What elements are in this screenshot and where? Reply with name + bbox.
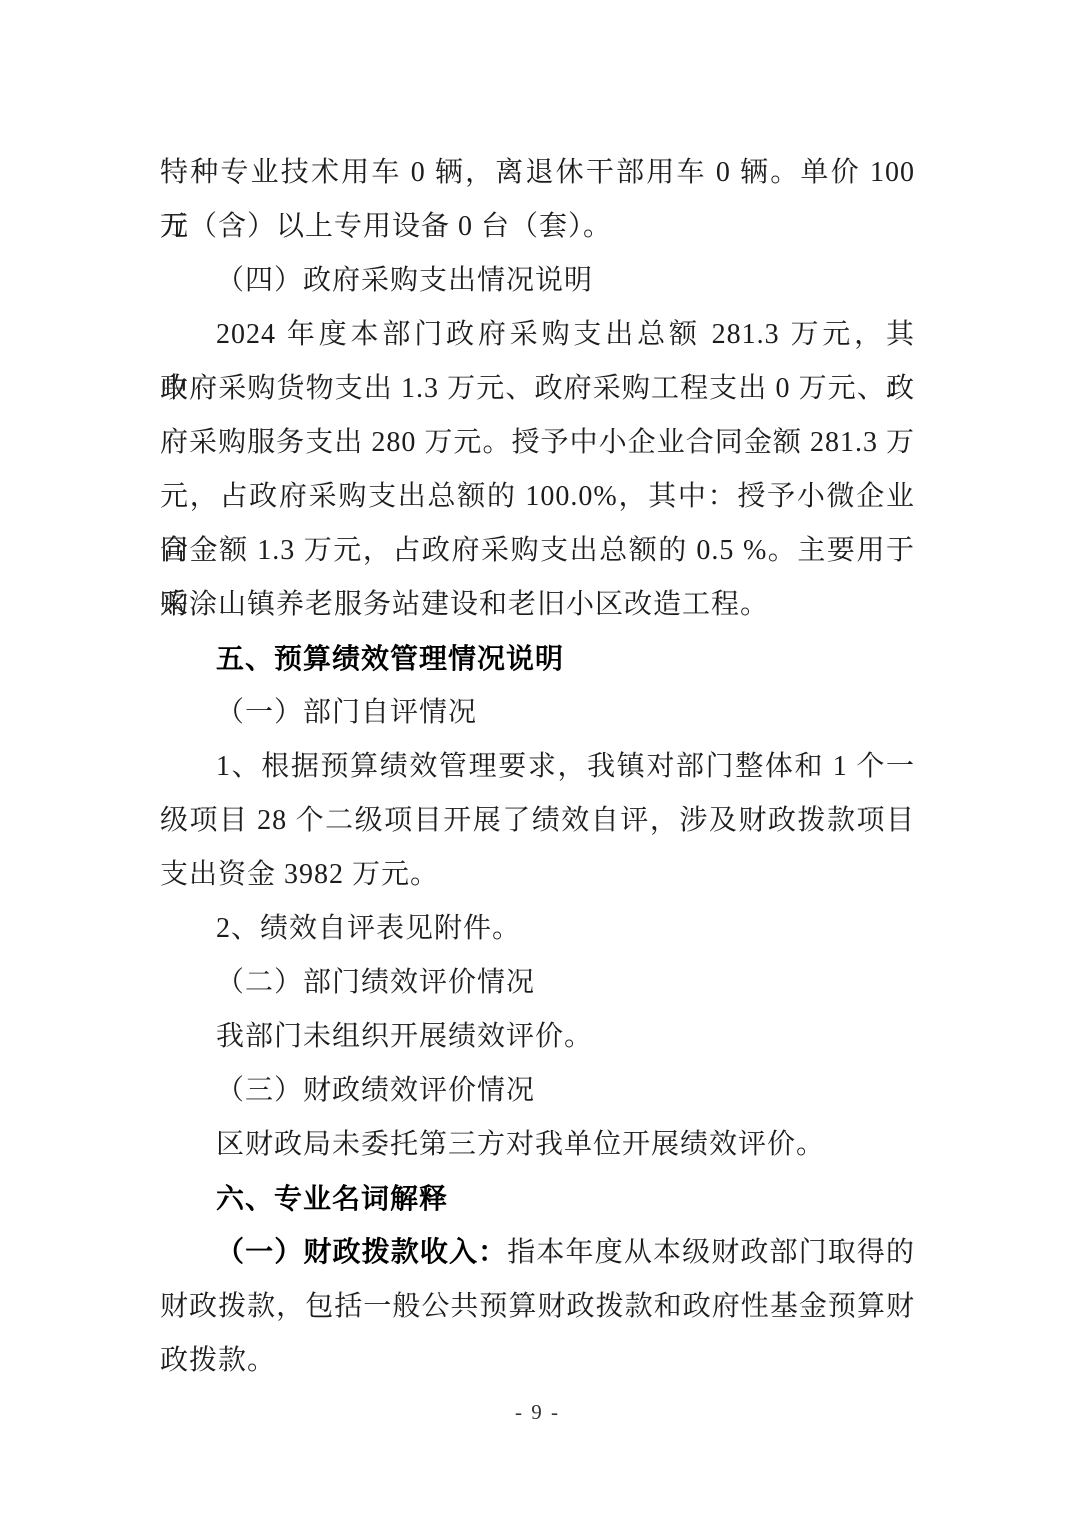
paragraph-line: 特种专业技术用车 0 辆，离退休干部用车 0 辆。单价 100 万: [160, 146, 915, 200]
paragraph-line: 政府采购货物支出 1.3 万元、政府采购工程支出 0 万元、政: [160, 362, 915, 416]
paragraph-line: 级项目 28 个二级项目开展了绩效自评，涉及财政拨款项目: [160, 794, 915, 848]
subsection-heading: （四）政府采购支出情况说明: [160, 254, 915, 308]
subsection-heading: （二）部门绩效评价情况: [160, 956, 915, 1010]
section-heading: 六、专业名词解释: [160, 1172, 915, 1226]
paragraph-line: 2024 年度本部门政府采购支出总额 281.3 万元，其中：: [160, 308, 915, 362]
paragraph-line: 元，占政府采购支出总额的 100.0%，其中：授予小微企业合: [160, 470, 915, 524]
paragraph-line: 区财政局未委托第三方对我单位开展绩效评价。: [160, 1118, 915, 1172]
paragraph-line: 我部门未组织开展绩效评价。: [160, 1010, 915, 1064]
subsection-heading: （一）部门自评情况: [160, 686, 915, 740]
paragraph-line: 购涂山镇养老服务站建设和老旧小区改造工程。: [160, 578, 915, 632]
paragraph-line: 2、绩效自评表见附件。: [160, 902, 915, 956]
paragraph-line: 政拨款。: [160, 1334, 915, 1388]
paragraph-line: 1、根据预算绩效管理要求，我镇对部门整体和 1 个一: [160, 740, 915, 794]
document-page: 特种专业技术用车 0 辆，离退休干部用车 0 辆。单价 100 万 元（含）以上…: [0, 0, 1075, 1520]
paragraph-line: 同金额 1.3 万元，占政府采购支出总额的 0.5 %。主要用于采: [160, 524, 915, 578]
paragraph-line: 支出资金 3982 万元。: [160, 848, 915, 902]
page-number: - 9 -: [0, 1400, 1075, 1425]
paragraph-line: 财政拨款，包括一般公共预算财政拨款和政府性基金预算财: [160, 1280, 915, 1334]
term-definition-line: （一）财政拨款收入：指本年度从本级财政部门取得的: [160, 1226, 915, 1280]
subsection-heading: （三）财政绩效评价情况: [160, 1064, 915, 1118]
term-definition: 指本年度从本级财政部门取得的: [507, 1237, 915, 1268]
term-label: （一）财政拨款收入：: [216, 1237, 507, 1268]
paragraph-line: 府采购服务支出 280 万元。授予中小企业合同金额 281.3 万: [160, 416, 915, 470]
paragraph-line: 元（含）以上专用设备 0 台（套）。: [160, 200, 915, 254]
section-heading: 五、预算绩效管理情况说明: [160, 632, 915, 686]
